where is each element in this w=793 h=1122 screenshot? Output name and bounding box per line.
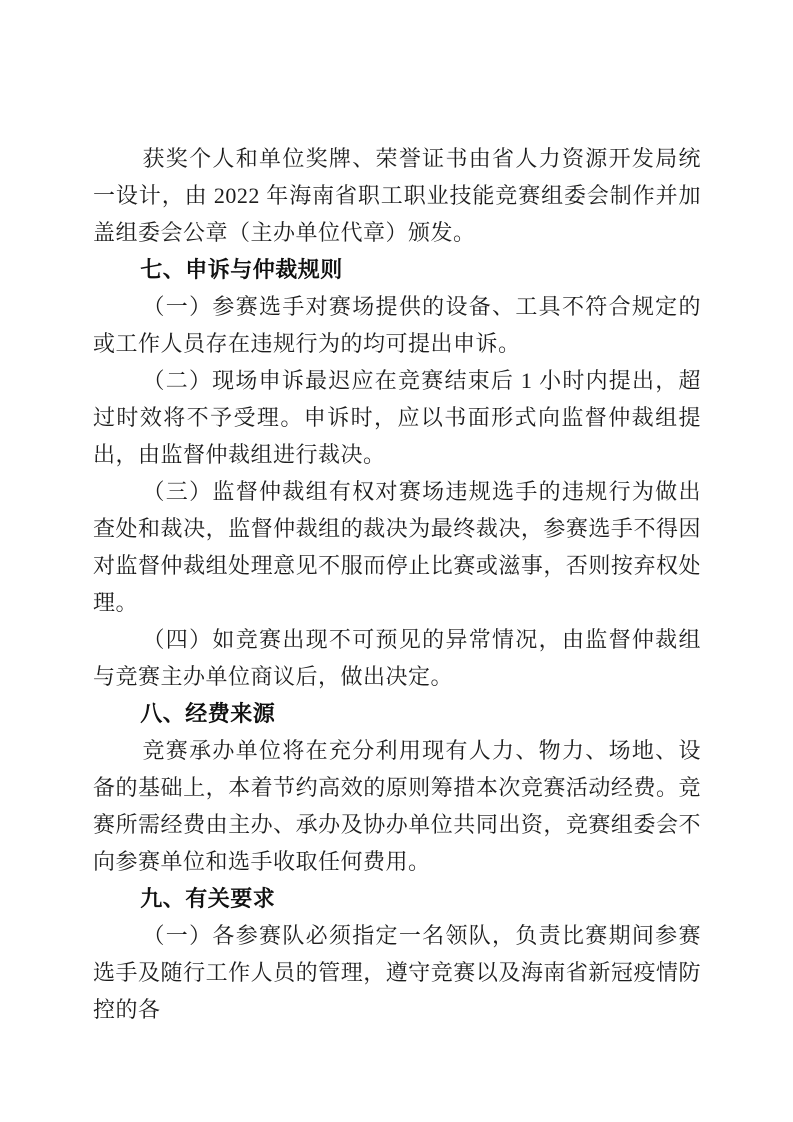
section-heading: 九、有关要求 <box>93 880 701 917</box>
section-heading: 八、经费来源 <box>93 695 701 732</box>
body-paragraph: 竞赛承办单位将在充分利用现有人力、物力、场地、设备的基础上，本着节约高效的原则筹… <box>93 732 701 880</box>
body-paragraph: （一）各参赛队必须指定一名领队，负责比赛期间参赛选手及随行工作人员的管理，遵守竞… <box>93 917 701 1028</box>
body-paragraph: （二）现场申诉最迟应在竞赛结束后 1 小时内提出，超过时效将不予受理。申诉时，应… <box>93 362 701 473</box>
document-page: 获奖个人和单位奖牌、荣誉证书由省人力资源开发局统一设计，由 2022 年海南省职… <box>0 0 793 1122</box>
body-paragraph: （三）监督仲裁组有权对赛场违规选手的违规行为做出查处和裁决，监督仲裁组的裁决为最… <box>93 473 701 621</box>
section-heading: 七、申诉与仲裁规则 <box>93 251 701 288</box>
body-paragraph: （四）如竞赛出现不可预见的异常情况，由监督仲裁组与竞赛主办单位商议后，做出决定。 <box>93 621 701 695</box>
document-body: 获奖个人和单位奖牌、荣誉证书由省人力资源开发局统一设计，由 2022 年海南省职… <box>93 140 701 1028</box>
body-paragraph: 获奖个人和单位奖牌、荣誉证书由省人力资源开发局统一设计，由 2022 年海南省职… <box>93 140 701 251</box>
body-paragraph: （一）参赛选手对赛场提供的设备、工具不符合规定的或工作人员存在违规行为的均可提出… <box>93 288 701 362</box>
